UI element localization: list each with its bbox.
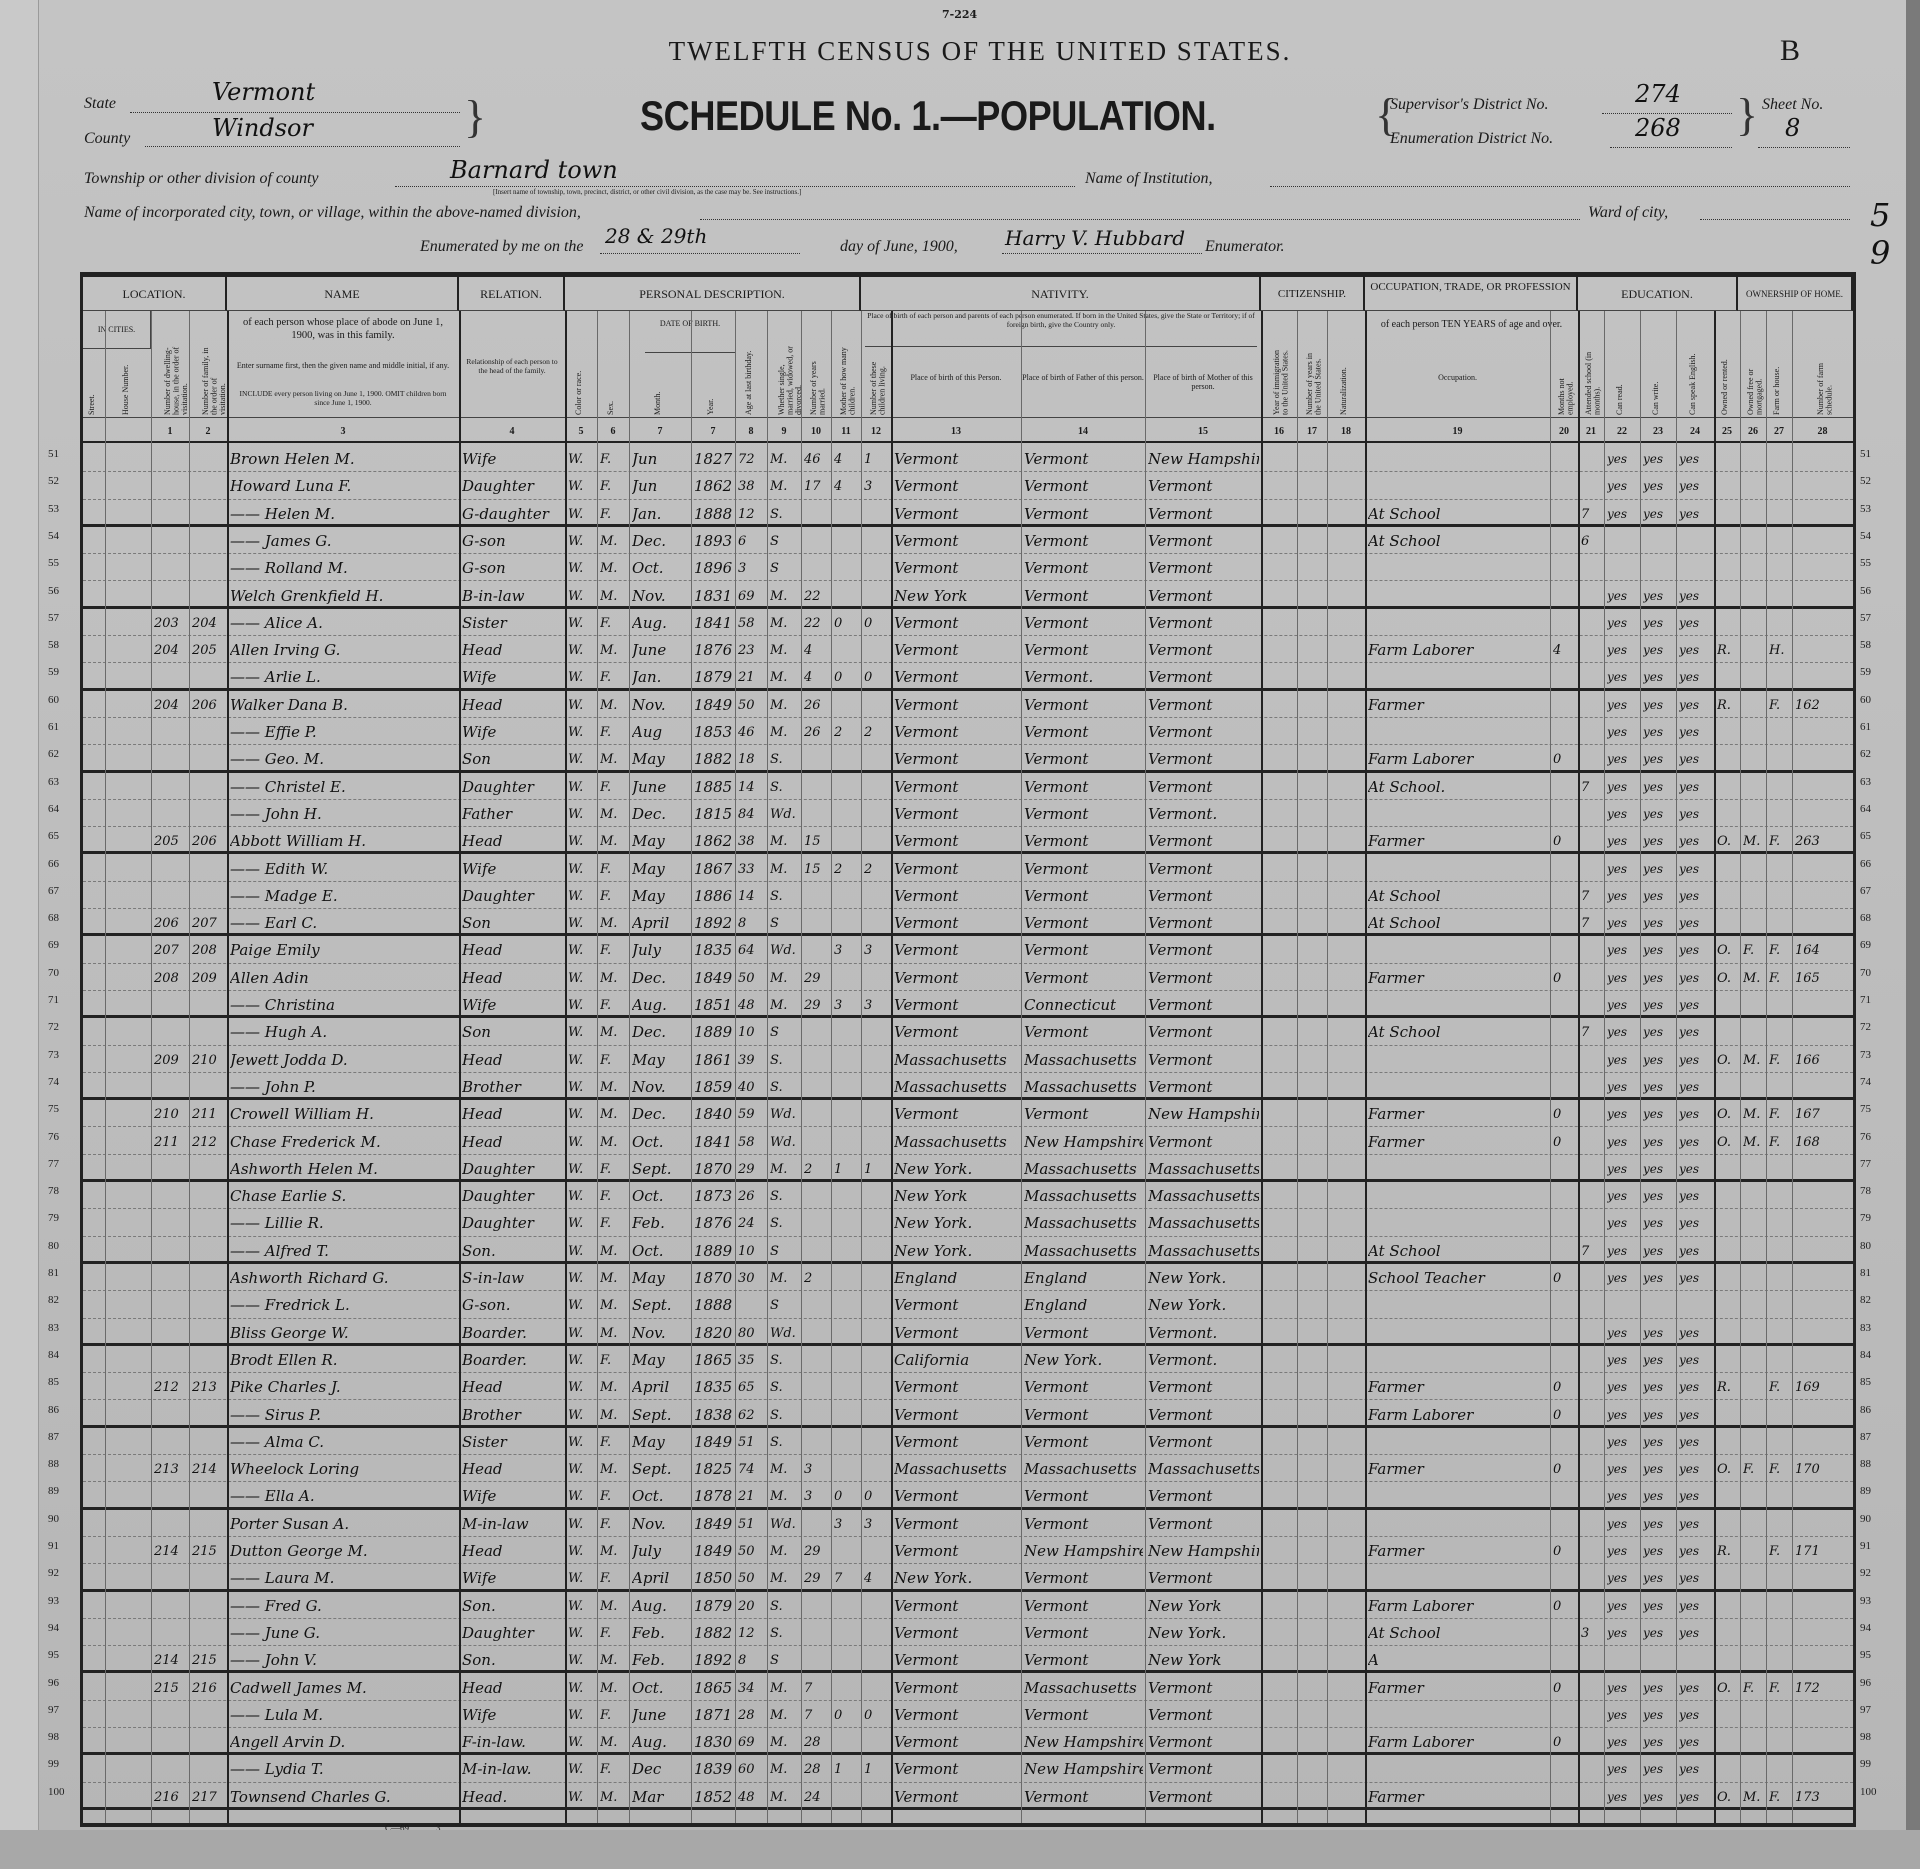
- name-desc: of each person whose place of abode on J…: [233, 317, 453, 342]
- cell-own: [1717, 1319, 1738, 1346]
- cell-name: Walker Dana B.: [230, 691, 457, 718]
- cell-name: Townsend Charles G.: [230, 1783, 457, 1810]
- cell-pm: Vermont: [1148, 554, 1259, 581]
- cell-fm: [1743, 1428, 1764, 1455]
- cell-rd: yes: [1607, 1619, 1638, 1646]
- cell-fm: M.: [1743, 964, 1764, 991]
- table-row: 216217Townsend Charles G.Head.W.M.Mar185…: [83, 1783, 1853, 1810]
- cell-fm: [1743, 445, 1764, 472]
- cell-race: W.: [568, 1182, 595, 1209]
- cell-pm: New Hampshire: [1148, 1537, 1259, 1564]
- cell-pm: Vermont.: [1148, 1346, 1259, 1373]
- cell-age: 74: [738, 1455, 765, 1482]
- cell-en: yes: [1679, 1619, 1712, 1646]
- table-row: —— Fredrick L.G-son.W.M.Sept.1888SVermon…: [83, 1291, 1853, 1318]
- column-divider: [1714, 441, 1716, 1823]
- cell-dw: 214: [154, 1537, 187, 1564]
- cell-en: yes: [1679, 745, 1712, 772]
- cell-sch: [1581, 964, 1602, 991]
- cell-dw: 205: [154, 827, 187, 854]
- cell-fm: [1743, 1755, 1764, 1782]
- table-row: 203204—— Alice A.SisterW.F.Aug.184158M.2…: [83, 609, 1853, 636]
- cell-race: W.: [568, 582, 595, 609]
- cell-fam: [192, 1619, 225, 1646]
- cell-dw: 212: [154, 1373, 187, 1400]
- table-row: —— Madge E.DaughterW.F.May188614S.Vermon…: [83, 882, 1853, 909]
- cell-ym: [804, 936, 829, 963]
- cell-pb: Vermont: [894, 500, 1019, 527]
- cell-fs: [1795, 745, 1851, 772]
- column-header-label: Can write.: [1652, 345, 1660, 415]
- cell-fm: M.: [1743, 1783, 1764, 1810]
- cell-rel: Head: [462, 827, 563, 854]
- cell-en: yes: [1679, 1564, 1712, 1591]
- cell-race: W.: [568, 855, 595, 882]
- line-number: 59: [1860, 666, 1871, 678]
- group-location: LOCATION.: [83, 277, 227, 311]
- cell-fam: [192, 1728, 225, 1755]
- cell-mon: July: [632, 1537, 689, 1564]
- cell-pf: Vermont: [1024, 1319, 1143, 1346]
- column-number: 7: [691, 426, 735, 437]
- cell-sch: [1581, 1401, 1602, 1428]
- cell-mc: [834, 1182, 859, 1209]
- cell-sex: F.: [600, 936, 627, 963]
- cell-pf: Vermont: [1024, 472, 1143, 499]
- cell-occ: Farmer: [1368, 1455, 1548, 1482]
- cell-rd: yes: [1607, 1100, 1638, 1127]
- table-row: —— John H.FatherW.M.Dec.181584Wd.Vermont…: [83, 800, 1853, 827]
- cell-rel: Head: [462, 1128, 563, 1155]
- cell-dw: [154, 773, 187, 800]
- column-number: 20: [1550, 426, 1578, 437]
- cell-race: W.: [568, 1510, 595, 1537]
- cell-fs: 162: [1795, 691, 1851, 718]
- cell-pb: Vermont: [894, 1482, 1019, 1509]
- cell-pb: Vermont: [894, 445, 1019, 472]
- cell-sex: F.: [600, 1510, 627, 1537]
- cell-mon: April: [632, 909, 689, 936]
- cell-fm: [1743, 882, 1764, 909]
- cell-pf: New York.: [1024, 1346, 1143, 1373]
- line-number: 52: [48, 475, 59, 487]
- cell-cl: [864, 1100, 889, 1127]
- census-page: 7-224 TWELFTH CENSUS OF THE UNITED STATE…: [0, 0, 1920, 1869]
- cell-occ: At School: [1368, 882, 1548, 909]
- cell-rd: yes: [1607, 1537, 1638, 1564]
- cell-rd: yes: [1607, 773, 1638, 800]
- cell-pm: New York: [1148, 1646, 1259, 1673]
- header-column-divider: [597, 311, 598, 441]
- cell-sex: F.: [600, 1209, 627, 1236]
- cell-cl: [864, 1237, 889, 1264]
- line-number: 63: [1860, 776, 1871, 788]
- cell-mne: [1553, 1510, 1576, 1537]
- line-number: 93: [1860, 1595, 1871, 1607]
- cell-sex: F.: [600, 718, 627, 745]
- cell-mne: [1553, 1619, 1576, 1646]
- cell-age: 29: [738, 1155, 765, 1182]
- cell-age: 21: [738, 1482, 765, 1509]
- state-label: State: [84, 95, 116, 113]
- cell-sex: F.: [600, 472, 627, 499]
- cell-mne: [1553, 1155, 1576, 1182]
- cell-mne: [1553, 691, 1576, 718]
- cell-cl: [864, 745, 889, 772]
- line-number: 71: [48, 994, 59, 1006]
- cell-en: yes: [1679, 1319, 1712, 1346]
- cell-rd: yes: [1607, 1564, 1638, 1591]
- cell-wr: yes: [1643, 1018, 1674, 1045]
- cell-ym: 15: [804, 827, 829, 854]
- cell-fs: [1795, 663, 1851, 690]
- cell-mon: Sept.: [632, 1291, 689, 1318]
- cell-fs: [1795, 1755, 1851, 1782]
- cell-en: yes: [1679, 1073, 1712, 1100]
- cell-fh: [1769, 1428, 1790, 1455]
- cell-fam: 209: [192, 964, 225, 991]
- column-divider: [1327, 441, 1328, 1823]
- cell-sch: [1581, 1209, 1602, 1236]
- table-row: —— ChristinaWifeW.F.Aug.185148M.2933Verm…: [83, 991, 1853, 1018]
- column-header-label: Occupation.: [1365, 373, 1550, 382]
- cell-age: 3: [738, 554, 765, 581]
- cell-occ: Farm Laborer: [1368, 1592, 1548, 1619]
- cell-fam: 208: [192, 936, 225, 963]
- cell-race: W.: [568, 1755, 595, 1782]
- cell-sch: [1581, 1046, 1602, 1073]
- cell-pm: Vermont: [1148, 964, 1259, 991]
- cell-pf: Vermont: [1024, 882, 1143, 909]
- column-header-label: Number of farm schedule.: [1817, 345, 1834, 415]
- cell-mne: [1553, 1291, 1576, 1318]
- line-number: 66: [48, 858, 59, 870]
- cell-cl: [864, 1346, 889, 1373]
- cell-race: W.: [568, 1319, 595, 1346]
- cell-fs: [1795, 1619, 1851, 1646]
- cell-rel: Daughter: [462, 472, 563, 499]
- cell-own: [1717, 500, 1738, 527]
- cell-cl: 4: [864, 1564, 889, 1591]
- cell-mc: [834, 1428, 859, 1455]
- column-divider: [1766, 441, 1767, 1823]
- line-number: 74: [48, 1076, 59, 1088]
- cell-pf: Vermont: [1024, 1482, 1143, 1509]
- cell-wr: yes: [1643, 1128, 1674, 1155]
- cell-pf: Vermont: [1024, 964, 1143, 991]
- county-label: County: [84, 130, 130, 148]
- cell-fs: 172: [1795, 1674, 1851, 1701]
- cell-own: O.: [1717, 1100, 1738, 1127]
- table-row: 210211Crowell William H.HeadW.M.Dec.1840…: [83, 1100, 1853, 1127]
- cell-sex: M.: [600, 1728, 627, 1755]
- cell-own: [1717, 855, 1738, 882]
- cell-age: 34: [738, 1674, 765, 1701]
- cell-sch: [1581, 691, 1602, 718]
- cell-ms: M.: [770, 1482, 799, 1509]
- cell-fm: [1743, 1510, 1764, 1537]
- column-divider: [1604, 441, 1605, 1823]
- cell-fh: [1769, 1209, 1790, 1236]
- cell-own: [1717, 1701, 1738, 1728]
- cell-age: 30: [738, 1264, 765, 1291]
- cell-rel: Wife: [462, 445, 563, 472]
- cell-ym: [804, 773, 829, 800]
- cell-pf: Vermont: [1024, 800, 1143, 827]
- cell-occ: [1368, 936, 1548, 963]
- column-number: 24: [1676, 426, 1714, 437]
- line-number: 87: [48, 1431, 59, 1443]
- cell-cl: [864, 500, 889, 527]
- column-divider: [459, 441, 461, 1823]
- cell-sch: [1581, 1128, 1602, 1155]
- cell-ms: S.: [770, 745, 799, 772]
- cell-ms: M.: [770, 1564, 799, 1591]
- cell-fam: [192, 773, 225, 800]
- cell-ms: M.: [770, 663, 799, 690]
- cell-fh: F.: [1769, 1128, 1790, 1155]
- cell-yr: 1827: [694, 445, 733, 472]
- cell-sch: [1581, 1264, 1602, 1291]
- cell-mc: 0: [834, 609, 859, 636]
- census-title: TWELFTH CENSUS OF THE UNITED STATES.: [540, 36, 1420, 67]
- cell-race: W.: [568, 1264, 595, 1291]
- table-row: —— June G.DaughterW.F.Feb.188212S.Vermon…: [83, 1619, 1853, 1646]
- cell-own: R.: [1717, 1537, 1738, 1564]
- cell-own: O.: [1717, 1783, 1738, 1810]
- line-number: 67: [48, 885, 59, 897]
- cell-race: W.: [568, 909, 595, 936]
- cell-fh: [1769, 1264, 1790, 1291]
- supervisor-value: 274: [1635, 80, 1681, 108]
- line-number: 69: [48, 939, 59, 951]
- cell-sex: F.: [600, 1564, 627, 1591]
- cell-name: —— John P.: [230, 1073, 457, 1100]
- column-divider: [227, 441, 229, 1823]
- cell-pm: Vermont: [1148, 936, 1259, 963]
- column-number: 1: [151, 426, 189, 437]
- cell-ms: S.: [770, 1046, 799, 1073]
- cell-pb: Vermont: [894, 1319, 1019, 1346]
- cell-sex: F.: [600, 1182, 627, 1209]
- cell-occ: [1368, 472, 1548, 499]
- cell-pf: England: [1024, 1264, 1143, 1291]
- cell-yr: 1849: [694, 1428, 733, 1455]
- cell-sch: [1581, 1646, 1602, 1673]
- header-column-divider: [1327, 311, 1328, 441]
- cell-wr: yes: [1643, 745, 1674, 772]
- cell-name: Brown Helen M.: [230, 445, 457, 472]
- cell-pb: Vermont: [894, 1755, 1019, 1782]
- cell-yr: 1838: [694, 1401, 733, 1428]
- cell-ms: M.: [770, 855, 799, 882]
- line-number: 96: [48, 1677, 59, 1689]
- cell-age: [738, 1291, 765, 1318]
- cell-age: 50: [738, 1537, 765, 1564]
- line-number: 55: [1860, 557, 1871, 569]
- cell-age: 72: [738, 445, 765, 472]
- cell-wr: yes: [1643, 1264, 1674, 1291]
- cell-en: yes: [1679, 1428, 1712, 1455]
- cell-wr: yes: [1643, 1209, 1674, 1236]
- institution-label: Name of Institution,: [1085, 170, 1213, 188]
- cell-ym: [804, 1592, 829, 1619]
- cell-occ: [1368, 1346, 1548, 1373]
- table-row: —— Hugh A.SonW.M.Dec.188910SVermontVermo…: [83, 1018, 1853, 1045]
- cell-pf: Vermont: [1024, 855, 1143, 882]
- cell-name: Ashworth Richard G.: [230, 1264, 457, 1291]
- cell-fs: 168: [1795, 1128, 1851, 1155]
- cell-en: yes: [1679, 1264, 1712, 1291]
- column-number: 2: [189, 426, 227, 437]
- cell-name: Brodt Ellen R.: [230, 1346, 457, 1373]
- cell-name: Cadwell James M.: [230, 1674, 457, 1701]
- table-row: 209210Jewett Jodda D.HeadW.F.May186139S.…: [83, 1046, 1853, 1073]
- form-number: 7-224: [942, 8, 977, 21]
- cell-wr: yes: [1643, 936, 1674, 963]
- cell-yr: 1835: [694, 936, 733, 963]
- cell-pf: Massachusetts: [1024, 1237, 1143, 1264]
- cell-wr: yes: [1643, 1401, 1674, 1428]
- line-number: 61: [1860, 721, 1871, 733]
- cell-en: yes: [1679, 1100, 1712, 1127]
- cell-wr: yes: [1643, 636, 1674, 663]
- cell-fam: [192, 1018, 225, 1045]
- cell-cl: [864, 1455, 889, 1482]
- cell-fam: [192, 1701, 225, 1728]
- cell-fam: [192, 582, 225, 609]
- cell-fm: [1743, 1373, 1764, 1400]
- cell-mc: [834, 691, 859, 718]
- cell-fs: [1795, 718, 1851, 745]
- cell-pf: Massachusetts: [1024, 1182, 1143, 1209]
- cell-rd: yes: [1607, 1455, 1638, 1482]
- line-number: 64: [1860, 803, 1871, 815]
- cell-fm: [1743, 1073, 1764, 1100]
- cell-yr: 1850: [694, 1564, 733, 1591]
- cell-occ: [1368, 1428, 1548, 1455]
- cell-pm: Vermont: [1148, 1674, 1259, 1701]
- cell-fam: [192, 1564, 225, 1591]
- line-number: 77: [1860, 1158, 1871, 1170]
- cell-ym: 28: [804, 1728, 829, 1755]
- cell-pf: Vermont: [1024, 445, 1143, 472]
- cell-pb: Vermont: [894, 1537, 1019, 1564]
- line-number: 65: [48, 830, 59, 842]
- cell-ms: M.: [770, 1155, 799, 1182]
- line-number: 69: [1860, 939, 1871, 951]
- cell-occ: [1368, 718, 1548, 745]
- cell-sch: [1581, 855, 1602, 882]
- cell-own: [1717, 1182, 1738, 1209]
- cell-mne: 0: [1553, 1455, 1576, 1482]
- cell-rel: G-son: [462, 527, 563, 554]
- group-name: NAME: [227, 277, 459, 311]
- cell-yr: 1830: [694, 1728, 733, 1755]
- cell-pm: New York: [1148, 1592, 1259, 1619]
- cell-own: [1717, 1728, 1738, 1755]
- header-column-divider: [629, 311, 630, 441]
- cell-ms: M.: [770, 609, 799, 636]
- cell-sex: M.: [600, 1674, 627, 1701]
- cell-mne: 0: [1553, 964, 1576, 991]
- cell-pb: Vermont: [894, 882, 1019, 909]
- cell-race: W.: [568, 773, 595, 800]
- cell-wr: yes: [1643, 1619, 1674, 1646]
- cell-mon: May: [632, 745, 689, 772]
- cell-fh: [1769, 1482, 1790, 1509]
- cell-occ: [1368, 1564, 1548, 1591]
- cell-fs: [1795, 472, 1851, 499]
- cell-fam: [192, 1182, 225, 1209]
- cell-sch: [1581, 1783, 1602, 1810]
- cell-ms: Wd.: [770, 1510, 799, 1537]
- cell-own: O.: [1717, 827, 1738, 854]
- cell-sch: [1581, 636, 1602, 663]
- cell-race: W.: [568, 1783, 595, 1810]
- cell-sch: 3: [1581, 1619, 1602, 1646]
- cell-fm: [1743, 1401, 1764, 1428]
- cell-fh: [1769, 773, 1790, 800]
- cell-cl: [864, 1373, 889, 1400]
- cell-fm: M.: [1743, 1128, 1764, 1155]
- cell-ms: S: [770, 527, 799, 554]
- cell-en: yes: [1679, 909, 1712, 936]
- line-number: 100: [1860, 1786, 1877, 1798]
- table-row: —— Laura M.WifeW.F.April185050M.2974New …: [83, 1564, 1853, 1591]
- cell-sex: F.: [600, 991, 627, 1018]
- cell-sex: M.: [600, 691, 627, 718]
- cell-rel: Head: [462, 636, 563, 663]
- line-number: 97: [48, 1704, 59, 1716]
- cell-fam: 213: [192, 1373, 225, 1400]
- cell-mc: 4: [834, 472, 859, 499]
- cell-cl: [864, 1209, 889, 1236]
- cell-fm: M.: [1743, 827, 1764, 854]
- cell-yr: 1862: [694, 472, 733, 499]
- cell-wr: yes: [1643, 1428, 1674, 1455]
- cell-mc: [834, 527, 859, 554]
- cell-pm: Vermont: [1148, 855, 1259, 882]
- line-number: 75: [1860, 1103, 1871, 1115]
- cell-ms: S: [770, 1018, 799, 1045]
- cell-pf: Vermont: [1024, 1510, 1143, 1537]
- cell-yr: 1851: [694, 991, 733, 1018]
- cell-mon: July: [632, 936, 689, 963]
- header-column-divider: [861, 311, 862, 441]
- cell-cl: 1: [864, 1155, 889, 1182]
- cell-occ: [1368, 1073, 1548, 1100]
- cell-pm: New York.: [1148, 1619, 1259, 1646]
- line-number: 90: [1860, 1513, 1871, 1525]
- cell-fh: [1769, 1073, 1790, 1100]
- cell-ym: [804, 1209, 829, 1236]
- cell-dw: [154, 1264, 187, 1291]
- cell-en: yes: [1679, 1182, 1712, 1209]
- cell-fh: [1769, 1182, 1790, 1209]
- cell-fam: [192, 1428, 225, 1455]
- cell-wr: yes: [1643, 1728, 1674, 1755]
- cell-fm: [1743, 1018, 1764, 1045]
- cell-ms: S: [770, 909, 799, 936]
- cell-sex: M.: [600, 1373, 627, 1400]
- cell-cl: [864, 582, 889, 609]
- cell-fs: [1795, 882, 1851, 909]
- cell-occ: Farmer: [1368, 964, 1548, 991]
- column-divider: [1297, 441, 1298, 1823]
- cell-mne: [1553, 1646, 1576, 1673]
- cell-dw: 207: [154, 936, 187, 963]
